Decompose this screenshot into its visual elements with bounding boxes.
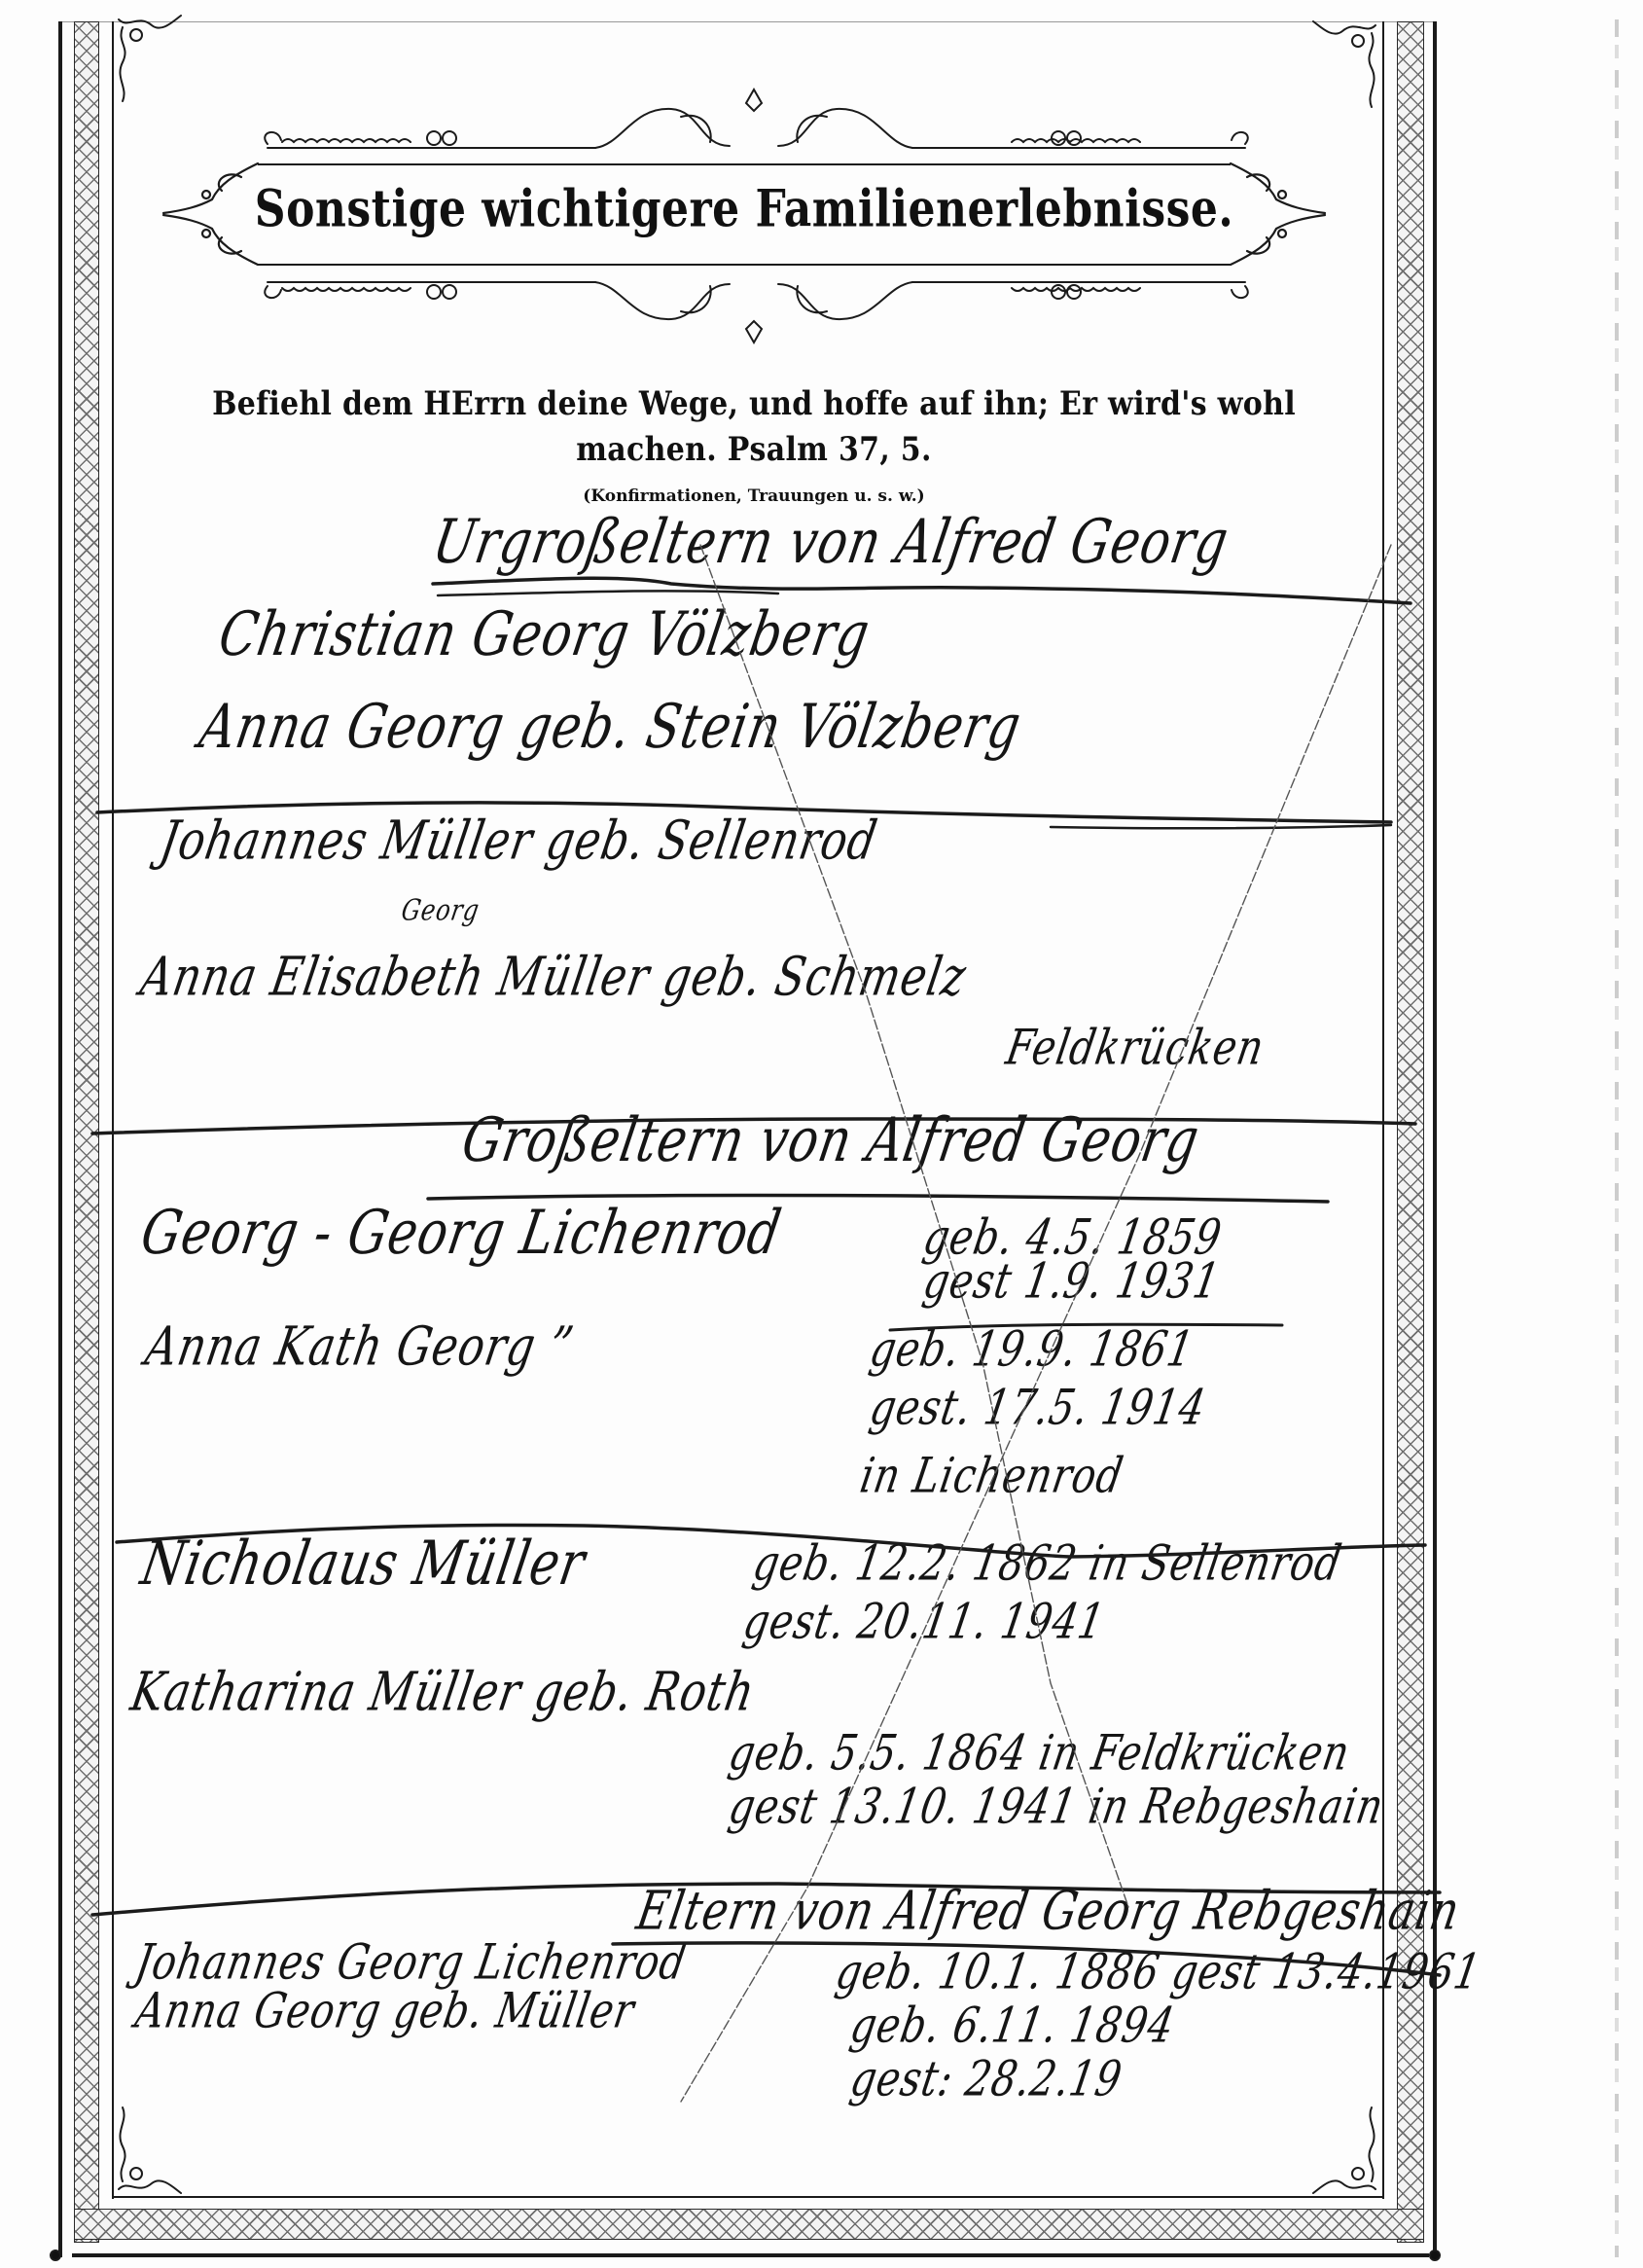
cross-out-line-a [681,545,1391,2102]
divider-4 [92,1884,1440,1915]
title-flourish-right-icon [1231,163,1325,265]
family-record-page: Sonstige wichtigere Familienerlebnisse. … [0,0,1643,2268]
divider-1 [97,803,1391,822]
underline-grosseltern [428,1195,1328,1202]
title-scroll-bottom-icon [265,282,1248,342]
ink-strokes-overlay [0,0,1643,2268]
corner-knot-icon [51,2250,1440,2260]
corner-flourish-bottom-left-icon [119,2107,181,2193]
cross-out-line-b [700,545,1128,1907]
divider-3 [117,1525,1425,1557]
underline-eltern [613,1943,1440,1975]
divider-1b [1051,825,1391,828]
divider-2 [92,1119,1415,1134]
underline-urgrosseltern-2 [438,591,778,595]
corner-flourish-top-left-icon [119,16,181,101]
title-flourish-left-icon [163,163,258,265]
corner-flourish-top-right-icon [1313,21,1375,107]
divider-georg-anna [890,1324,1282,1330]
title-scroll-top-icon [265,90,1248,148]
section-dividers [92,578,1440,1975]
corner-flourish-bottom-right-icon [1313,2107,1375,2193]
underline-urgrosseltern [433,578,1411,603]
pencil-cross-out-lines [681,545,1391,2102]
